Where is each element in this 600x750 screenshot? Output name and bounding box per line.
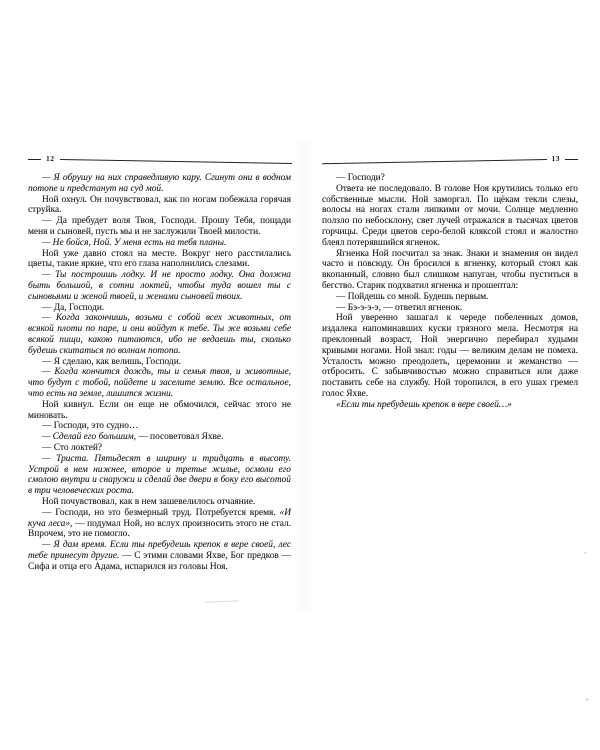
italic-speech-run: — Не бойся, Ной. У меня есть на тебя пла… <box>42 238 226 248</box>
header-rule-left-short <box>28 159 41 160</box>
scan-artifact-speck <box>584 552 586 554</box>
paragraph: — Господи, это судно… <box>28 421 291 432</box>
paragraph: — Сто локтей? <box>28 443 291 454</box>
narration-run: Ной уже давно стоял на месте. Вокруг нег… <box>28 249 291 270</box>
paragraph: Ной уверенно зашагал к череде побеленных… <box>322 313 578 399</box>
paragraph: Ной охнул. Он почувствовал, как по ногам… <box>28 195 291 217</box>
paragraph: — Я дам время. Если ты пребудешь крепок … <box>28 540 291 572</box>
paragraph: — Когда закончишь, возьми с собой всех ж… <box>28 313 291 356</box>
italic-speech-run: — Ты построишь лодку. И не просто лодку.… <box>28 270 291 302</box>
narration-run: — Господи, но это безмерный труд. Потреб… <box>42 508 280 518</box>
page-header-right: 13 <box>322 153 578 165</box>
book-spread: 12 — Я обрушу на них справедливую кару. … <box>0 0 600 750</box>
italic-speech-run: «Если ты пребудешь крепок в вере своей…» <box>336 400 512 410</box>
book-page-right: 13 — Господи?Ответа не последовало. В го… <box>322 153 578 411</box>
narration-run: — Да, Господи. <box>42 303 104 313</box>
narration-run: — Сто локтей? <box>42 443 102 453</box>
narration-run: — посоветовал Яхве. <box>136 432 223 442</box>
italic-speech-run: — Я обрушу на них справедливую кару. Сги… <box>28 173 291 194</box>
paragraph: — Не бойся, Ной. У меня есть на тебя пла… <box>28 238 291 249</box>
narration-run: Ной уверенно зашагал к череде побеленных… <box>322 313 578 399</box>
narration-run: — Бэ-э-э-э, — ответил ягненок. <box>336 303 462 313</box>
paragraph: — Господи? <box>322 173 578 184</box>
narration-run: — Пойдешь со мной. Будешь первым. <box>336 292 488 302</box>
narration-run: — Я сделаю, как велишь, Господи. <box>42 357 181 367</box>
page-number-left: 12 <box>41 154 60 164</box>
narration-run: — Господи, это судно… <box>42 421 138 431</box>
paragraph: Ной кивнул. Если он еще не обмочился, се… <box>28 400 291 422</box>
narration-run: Ной охнул. Он почувствовал, как по ногам… <box>28 195 291 216</box>
paragraph: — Да, Господи. <box>28 303 291 314</box>
paragraph: — Я обрушу на них справедливую кару. Сги… <box>28 173 291 195</box>
scan-artifact-speck <box>586 698 588 701</box>
narration-run: Ответа не последовало. В голове Ноя крут… <box>322 184 578 248</box>
paragraph: — Триста. Пятьдесят в ширину и тридцать … <box>28 454 291 497</box>
italic-speech-run: — Сделай его большим, <box>42 432 136 442</box>
narration-run: Ной почувствовал, как в нем зашевелилось… <box>42 497 255 507</box>
paragraph: Ягненка Ной посчитал за знак. Знаки и зн… <box>322 249 578 292</box>
italic-speech-run: — Триста. Пятьдесят в ширину и тридцать … <box>28 454 291 496</box>
italic-speech-run: — Когда закончишь, возьми с собой всех ж… <box>28 313 291 355</box>
paragraph: — Да пребудет воля Твоя, Господи. Прошу … <box>28 216 291 238</box>
paragraph: — Когда кончится дождь, ты и семья твоя,… <box>28 367 291 399</box>
paragraph: — Ты построишь лодку. И не просто лодку.… <box>28 270 291 302</box>
page-number-right: 13 <box>547 154 566 164</box>
italic-speech-run: — Когда кончится дождь, ты и семья твоя,… <box>28 367 291 399</box>
header-rule-left-long <box>59 159 290 164</box>
page-gutter-shadow <box>293 140 315 610</box>
paragraph: — Бэ-э-э-э, — ответил ягненок. <box>322 303 578 314</box>
header-rule-right-long <box>322 159 546 164</box>
paragraph: — Господи, но это безмерный труд. Потреб… <box>28 508 291 540</box>
narration-run: Ной кивнул. Если он еще не обмочился, се… <box>28 400 291 421</box>
paragraph: — Я сделаю, как велишь, Господи. <box>28 357 291 368</box>
paragraph: — Пойдешь со мной. Будешь первым. <box>322 292 578 303</box>
paragraph: Ной уже давно стоял на месте. Вокруг нег… <box>28 249 291 271</box>
page-text-right: — Господи?Ответа не последовало. В голов… <box>322 173 578 411</box>
header-rule-right-short <box>565 159 578 160</box>
paragraph: Ответа не последовало. В голове Ноя крут… <box>322 184 578 249</box>
narration-run: — Господи? <box>336 173 385 183</box>
narration-run: Ягненка Ной посчитал за знак. Знаки и зн… <box>322 249 578 291</box>
paragraph: — Сделай его большим, — посоветовал Яхве… <box>28 432 291 443</box>
narration-run: — Да пребудет воля Твоя, Господи. Прошу … <box>28 216 291 237</box>
page-text-left: — Я обрушу на них справедливую кару. Сги… <box>28 173 291 572</box>
paragraph: «Если ты пребудешь крепок в вере своей…» <box>322 400 578 411</box>
page-header-left: 12 <box>28 153 291 165</box>
book-page-left: 12 — Я обрушу на них справедливую кару. … <box>28 153 291 572</box>
paragraph: Ной почувствовал, как в нем зашевелилось… <box>28 497 291 508</box>
scan-artifact-smudge <box>205 600 239 602</box>
